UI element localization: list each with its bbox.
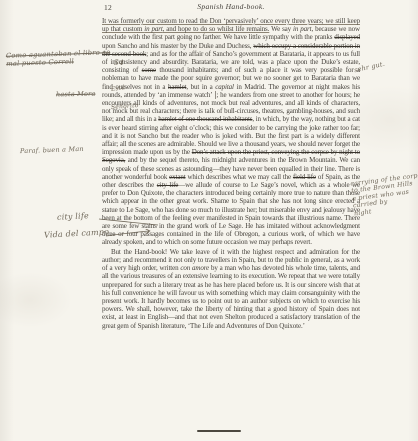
running-title: Spanish Hand-book. bbox=[102, 2, 360, 11]
text-run: in part bbox=[144, 25, 162, 33]
struck-text: field life bbox=[293, 173, 316, 181]
margin-note-vida-del-campo: Vida del campo bbox=[44, 227, 110, 240]
text-run: con amore bbox=[180, 264, 209, 272]
struck-text: hamlet bbox=[168, 83, 186, 91]
handwritten-line: night bbox=[354, 201, 418, 218]
text-run: , but in a bbox=[186, 83, 215, 91]
text-run: in part bbox=[293, 25, 311, 33]
margin-note-city-life: city life bbox=[57, 211, 89, 222]
end-rule bbox=[197, 430, 241, 432]
handwritten-line: city life bbox=[57, 211, 89, 222]
text-run: upon Sancho and his master by the Duke a… bbox=[102, 42, 253, 50]
struck-text: city life bbox=[157, 181, 178, 189]
handwritten-line: Paraf. buen a Man bbox=[20, 146, 84, 156]
text-run: , and hope to do so whilst life remains. bbox=[163, 25, 270, 33]
margin-note-struck-scribble: Como aguantaban el libro semal puesto Co… bbox=[6, 48, 111, 68]
handwritten-line: to the Brown Hills bbox=[351, 179, 418, 196]
text-run: by a man who has devoted his whole time,… bbox=[102, 264, 360, 329]
printed-text-column: It was formerly our custom to read the D… bbox=[102, 17, 360, 330]
handwritten-line: hasta Mora bbox=[56, 91, 96, 99]
handwritten-line: Vida del campo bbox=[44, 227, 110, 240]
margin-note-paraf: Paraf. buen a Man bbox=[20, 146, 84, 156]
paragraph: It was formerly our custom to read the D… bbox=[102, 17, 360, 247]
margin-note-hasta-mora: hasta Mora bbox=[56, 91, 96, 99]
handwritten-line: mal puesto Correll bbox=[6, 56, 111, 68]
text-run: —we allude of course to Le Sage’s novel,… bbox=[102, 181, 360, 246]
struck-text: extant bbox=[169, 173, 185, 181]
struck-text: hamlet of one thousand inhabitants bbox=[158, 115, 252, 123]
handwritten-line: Como aguantaban el libro se bbox=[6, 48, 111, 60]
handwritten-line: a priest who was bbox=[352, 186, 418, 203]
paragraph: But the Hand-book! We take leave of it w… bbox=[102, 248, 360, 330]
handwritten-line: carried by bbox=[353, 194, 418, 211]
struck-text: displayed bbox=[334, 33, 360, 41]
text-run: We say bbox=[269, 25, 293, 33]
scanned-book-page: 12 Spanish Hand-book. It was formerly ou… bbox=[0, 0, 418, 441]
handwritten-line: carrying of the corpse bbox=[350, 172, 418, 189]
struck-text: some bbox=[142, 66, 156, 74]
text-run: capital bbox=[215, 83, 234, 91]
margin-note-corpse: carrying of the corpseto the Brown Hills… bbox=[350, 172, 418, 218]
text-run: which describes what we may call the bbox=[186, 173, 293, 181]
